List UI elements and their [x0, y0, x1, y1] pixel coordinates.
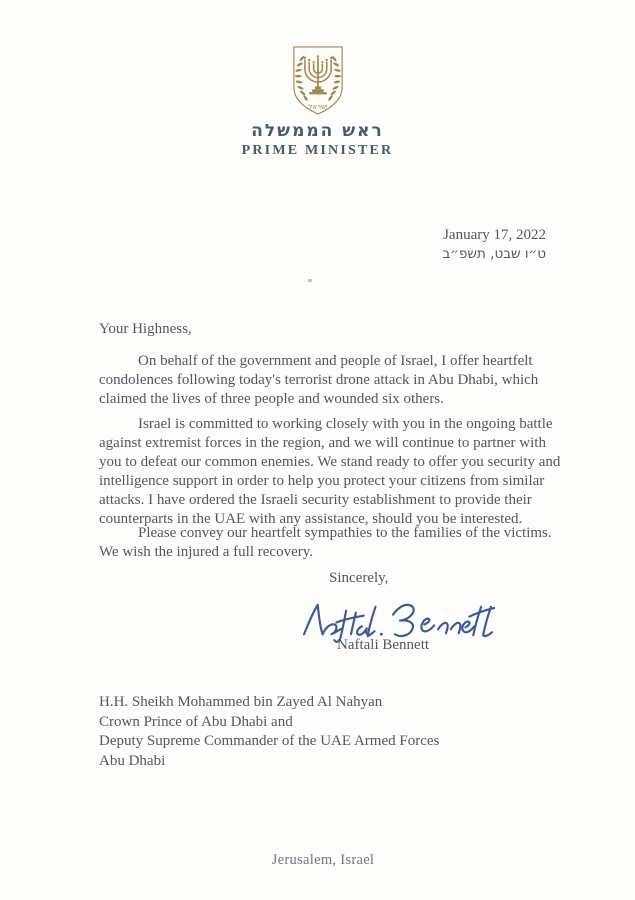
svg-text:ישראל: ישראל	[308, 103, 327, 111]
recipient-address: H.H. Sheikh Mohammed bin Zayed Al Nahyan…	[99, 693, 439, 771]
salutation: Your Highness,	[99, 320, 561, 339]
scan-artifact-dot	[308, 279, 312, 282]
recipient-line-name: H.H. Sheikh Mohammed bin Zayed Al Nahyan	[99, 693, 439, 713]
paragraph-sympathies: Please convey our heartfelt sympathies t…	[99, 524, 561, 562]
date-block: January 17, 2022 ט״ו שבט, תשפ״ב	[442, 226, 546, 263]
letterhead-english-title: PRIME MINISTER	[0, 143, 635, 159]
recipient-line-city: Abu Dhabi	[99, 752, 439, 772]
signature-typed-name: Naftali Bennett	[337, 637, 429, 654]
israel-state-emblem-icon: ישראל	[285, 44, 351, 117]
letter-page: ישראל ראש הממשלה PRIME MINISTER January …	[0, 0, 635, 900]
date-hebrew: ט״ו שבט, תשפ״ב	[442, 245, 546, 263]
letterhead-hebrew-title: ראש הממשלה	[0, 121, 635, 141]
date-gregorian: January 17, 2022	[442, 226, 546, 244]
paragraph-condolences: On behalf of the government and people o…	[99, 352, 561, 409]
paragraph-commitment: Israel is committed to working closely w…	[99, 415, 561, 529]
recipient-line-title-2: Deputy Supreme Commander of the UAE Arme…	[99, 732, 439, 752]
valediction: Sincerely,	[329, 570, 388, 587]
footer-location: Jerusalem, Israel	[0, 852, 635, 869]
recipient-line-title-1: Crown Prince of Abu Dhabi and	[99, 713, 439, 733]
